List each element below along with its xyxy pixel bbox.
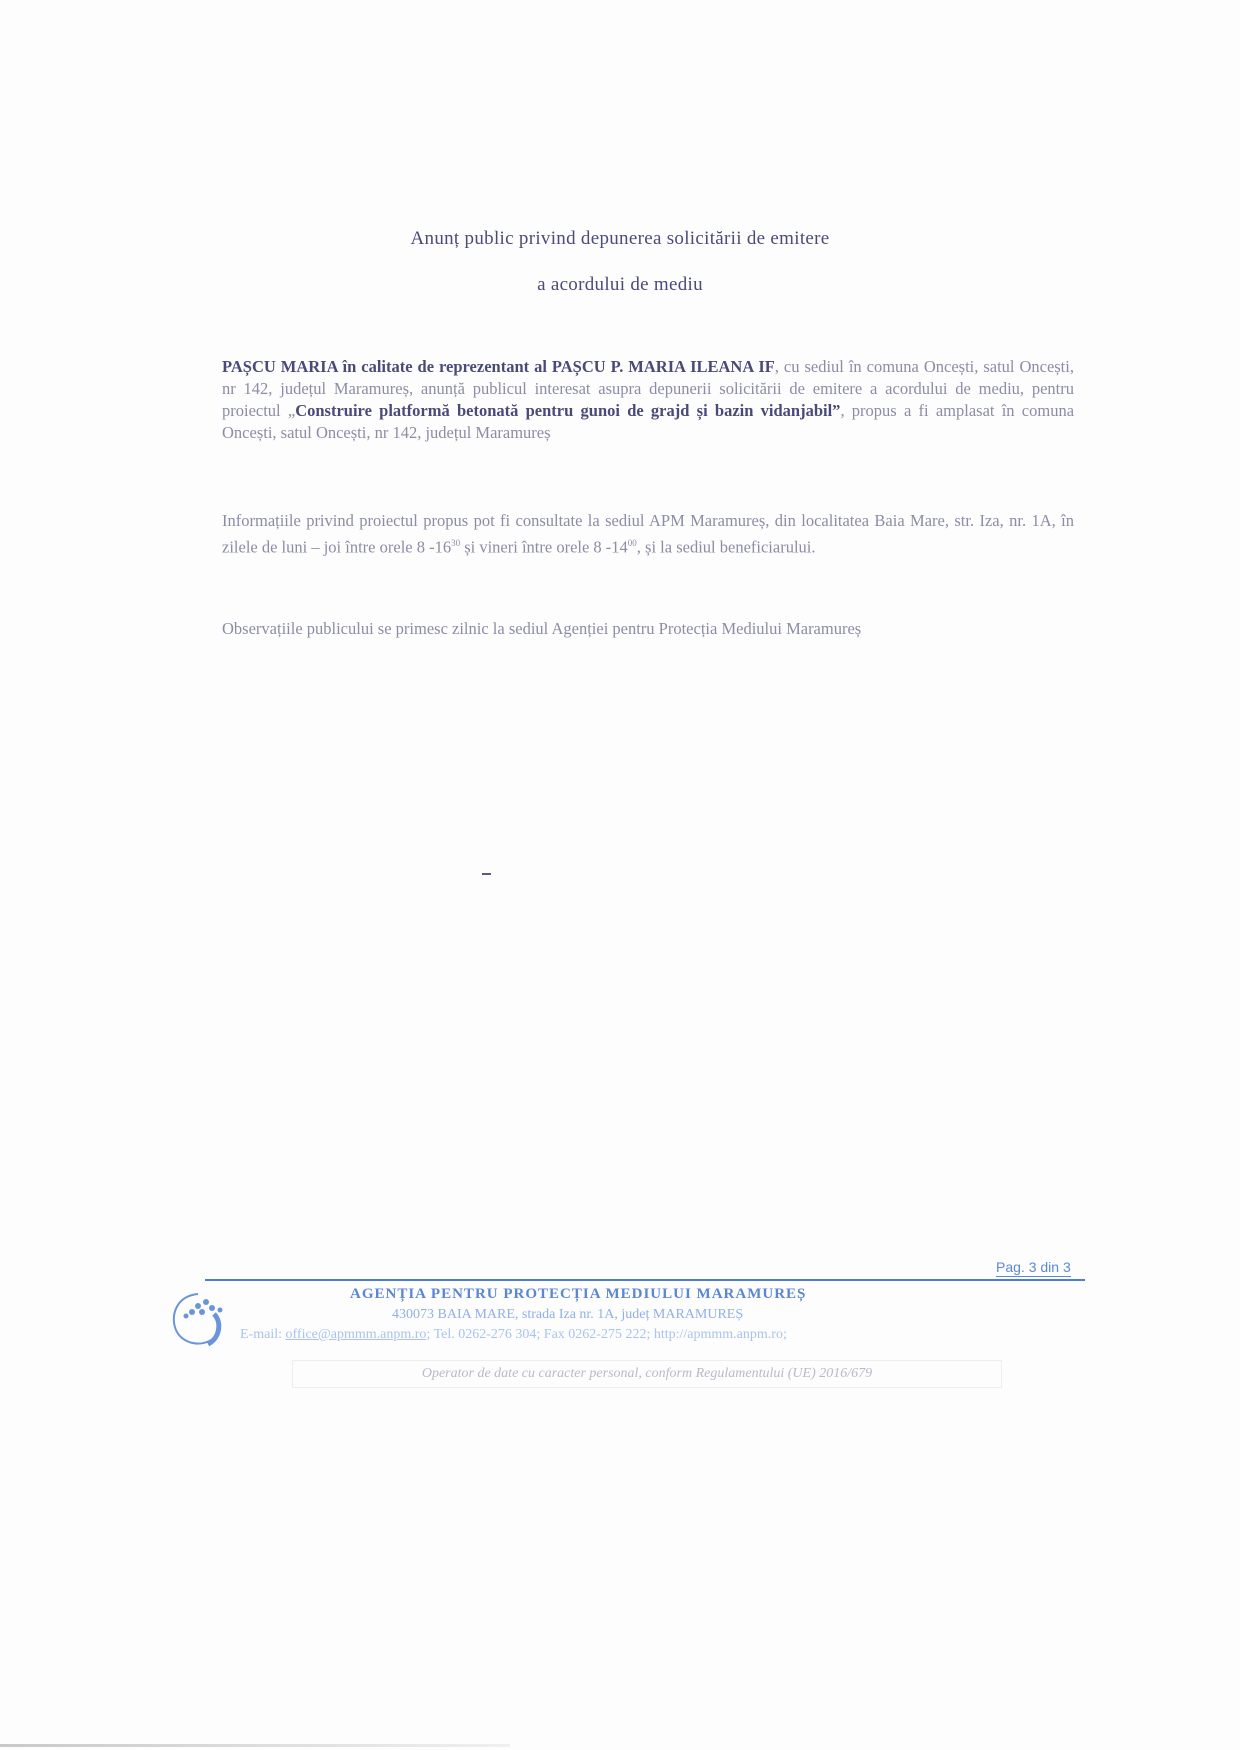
company-name: PAȘCU P. MARIA ILEANA IF [552, 357, 775, 376]
footer-divider [205, 1279, 1085, 1281]
email-label: E-mail: [240, 1327, 286, 1342]
stray-mark [482, 873, 491, 875]
paragraph-applicant: PAȘCU MARIA în calitate de reprezentant … [222, 356, 1074, 444]
role-text: în calitate de reprezentant al [338, 357, 552, 376]
paragraph-info: Informațiile privind proiectul propus po… [222, 510, 1074, 559]
project-name: Construire platformă betonată pentru gun… [295, 401, 840, 420]
email-link[interactable]: office@apmmm.anpm.ro [286, 1327, 427, 1342]
paragraph2-text-b: și vineri între orele 8 -14 [460, 538, 628, 557]
superscript-a: 30 [451, 538, 460, 548]
footer-phone: ; Tel. 0262-276 304; Fax 0262-275 222; h… [426, 1327, 786, 1342]
scan-edge-shadow [0, 1744, 510, 1747]
page-number: Pag. 3 din 3 [996, 1259, 1071, 1277]
agency-logo-icon [168, 1286, 236, 1352]
paragraph-observations: Observațiile publicului se primesc zilni… [222, 618, 1074, 640]
gdpr-notice: Operator de date cu caracter personal, c… [292, 1360, 1002, 1388]
document-title-line1: Anunț public privind depunerea solicităr… [0, 228, 1240, 250]
paragraph2-text-c: , și la sediul beneficiarului. [637, 538, 816, 557]
footer-organization: AGENȚIA PENTRU PROTECȚIA MEDIULUI MARAMU… [350, 1286, 806, 1303]
document-title-line2: a acordului de mediu [0, 274, 1240, 296]
footer-address: 430073 BAIA MARE, strada Iza nr. 1A, jud… [392, 1307, 743, 1323]
superscript-b: 00 [628, 538, 637, 548]
footer-contact: E-mail: office@apmmm.anpm.ro; Tel. 0262-… [240, 1327, 787, 1343]
applicant-name: PAȘCU MARIA [222, 357, 338, 376]
